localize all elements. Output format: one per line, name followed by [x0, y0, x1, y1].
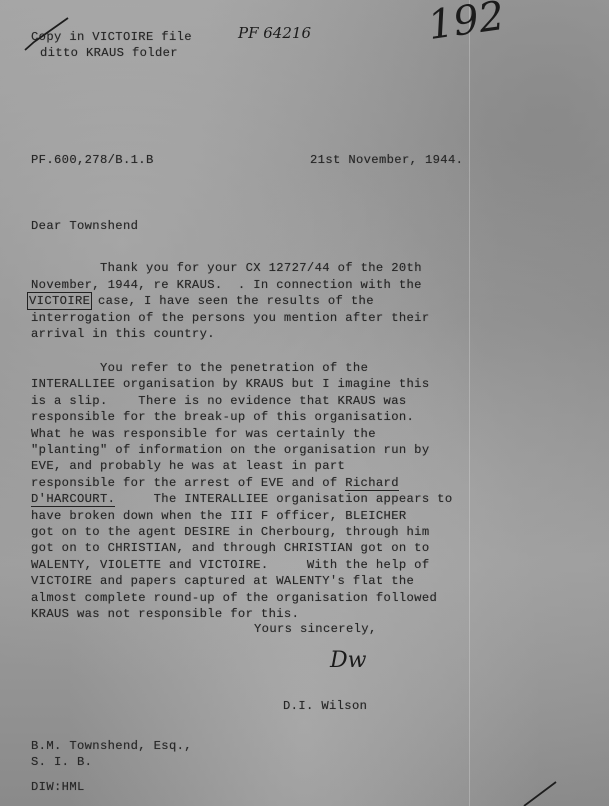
copy-note-line-1: Copy in VICTOIRE file — [31, 30, 192, 45]
letter-date: 21st November, 1944. — [310, 153, 463, 168]
body-line: responsible for the arrest of EVE and of… — [31, 476, 399, 491]
body-line: responsible for the break-up of this org… — [31, 410, 414, 425]
paper-fold-crease — [469, 0, 470, 806]
salutation: Dear Townshend — [31, 219, 138, 234]
body-line: D'HARCOURT. The INTERALLIEE organisation… — [31, 492, 453, 507]
reference-number: PF.600,278/B.1.B — [31, 153, 154, 168]
body-line: November, 1944, re KRAUS. . In connectio… — [31, 278, 422, 293]
body-line: arrival in this country. — [31, 327, 215, 342]
body-line: EVE, and probably he was at least in par… — [31, 459, 345, 474]
body-line: WALENTY, VIOLETTE and VICTOIRE. With the… — [31, 558, 430, 573]
body-line: got on to CHRISTIAN, and through CHRISTI… — [31, 541, 430, 556]
body-line: almost complete round-up of the organisa… — [31, 591, 437, 606]
boxed-victoire: VICTOIRE — [29, 294, 90, 308]
body-line: VICTOIRE and papers captured at WALENTY'… — [31, 574, 414, 589]
body-line: got on to the agent DESIRE in Cherbourg,… — [31, 525, 430, 540]
body-line: INTERALLIEE organisation by KRAUS but I … — [31, 377, 430, 392]
underlined-name: Richard — [345, 476, 399, 491]
body-line: KRAUS was not responsible for this. — [31, 607, 299, 622]
body-line: Thank you for your CX 12727/44 of the 20… — [100, 261, 422, 276]
body-line: interrogation of the persons you mention… — [31, 311, 430, 326]
body-line: "planting" of information on the organis… — [31, 443, 430, 458]
body-line: What he was responsible for was certainl… — [31, 427, 376, 442]
addressee-name: B.M. Townshend, Esq., — [31, 739, 192, 754]
body-line: VICTOIRE case, I have seen the results o… — [29, 294, 374, 309]
closing: Yours sincerely, — [254, 622, 377, 637]
handwritten-signature: Dw — [330, 648, 366, 673]
signatory-name: D.I. Wilson — [283, 699, 367, 714]
body-line: have broken down when the III F officer,… — [31, 509, 407, 524]
addressee-unit: S. I. B. — [31, 755, 92, 770]
page-number-annotation: 192 — [425, 0, 507, 49]
body-line: You refer to the penetration of the — [100, 361, 368, 376]
body-line: is a slip. There is no evidence that KRA… — [31, 394, 407, 409]
pen-stroke-mark — [520, 780, 560, 806]
typist-reference: DIW:HML — [31, 780, 85, 795]
underlined-name: D'HARCOURT. — [31, 492, 115, 507]
copy-note-line-2: ditto KRAUS folder — [40, 46, 178, 61]
file-ref-annotation: PF 64216 — [238, 24, 311, 42]
